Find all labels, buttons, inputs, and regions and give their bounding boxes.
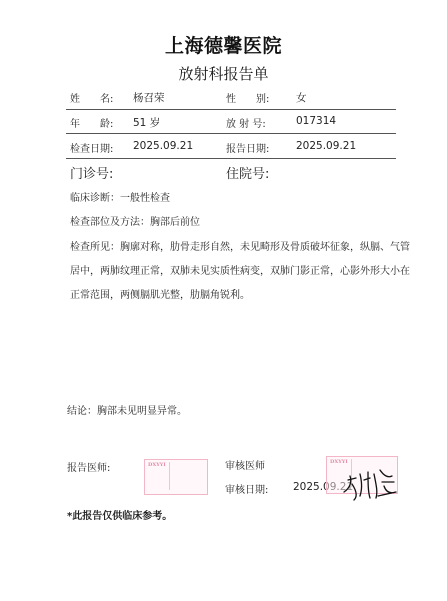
exam-date-label: 检查日期: [70,140,113,155]
reporting-doctor-label: 报告医师: [67,459,110,474]
gender-label: 性 别: [226,90,269,105]
patient-gender: 女 [296,90,307,105]
report-date: 2025.09.21 [296,140,356,152]
report-title: 放射科报告单 [0,63,447,84]
findings-line: 居中，两肺纹理正常，双肺未见实质性病变，双肺门影正常，心影外形大小在 [70,262,410,277]
report-date-label: 报告日期: [226,140,269,155]
name-label: 姓 名: [70,90,113,105]
divider [66,109,396,110]
hospital-name: 上海德馨医院 [0,31,447,58]
signature-icon [340,462,400,502]
stamp-text: DXYYI [148,462,166,468]
conclusion: 结论：胸部未见明显异常。 [67,402,187,417]
exam-date: 2025.09.21 [133,140,193,152]
radiology-no-label: 放 射 号: [226,115,266,130]
radiology-no: 017314 [296,115,336,127]
patient-name: 杨召荣 [133,90,165,105]
divider [66,133,396,134]
exam-site-method: 检查部位及方法：胸部后前位 [70,213,200,228]
reporting-doctor-stamp: DXYYI [144,459,208,495]
findings-line: 正常范围，两侧膈肌光整，肋膈角锐利。 [70,286,250,301]
reviewing-doctor-label: 审核医师 [225,457,265,472]
age-label: 年 龄: [70,115,113,130]
patient-age: 51 岁 [133,115,160,130]
clinical-diagnosis: 临床诊断：一般性检查 [70,189,170,204]
inpatient-no-label: 住院号: [226,163,269,182]
outpatient-no-label: 门诊号: [70,163,113,182]
divider [66,158,396,159]
review-date-label: 审核日期: [225,481,268,496]
findings-line: 检查所见：胸廓对称，肋骨走形自然，未见畸形及骨质破坏征象，纵膈、气管 [70,238,410,253]
disclaimer: *此报告仅供临床参考。 [67,507,172,522]
